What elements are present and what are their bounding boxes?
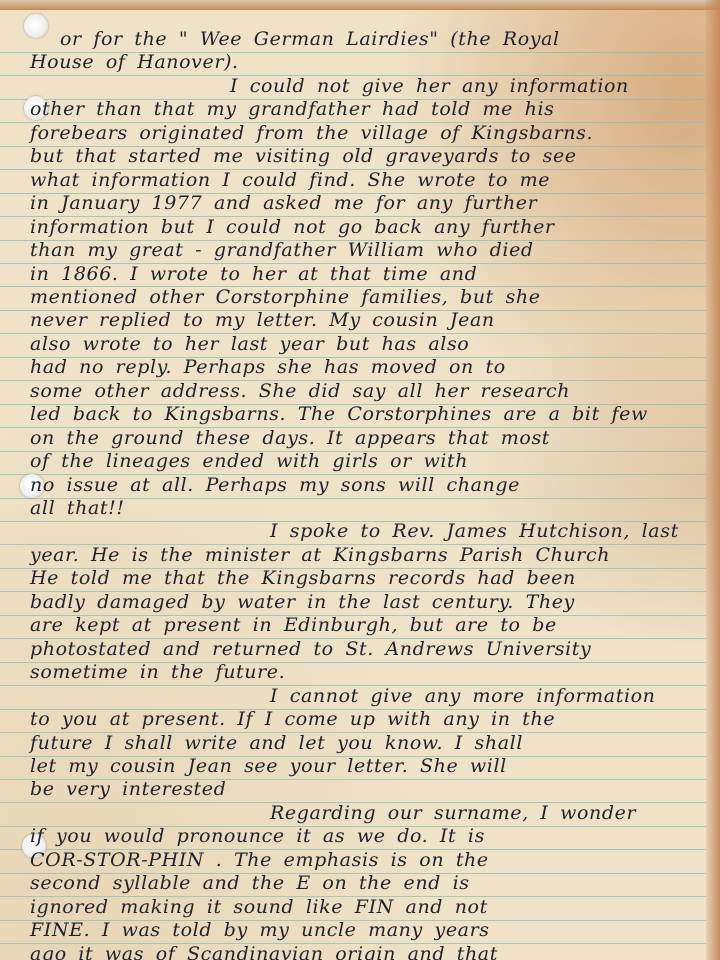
- text-line: second syllable and the E on the end is: [30, 872, 690, 894]
- text-line: let my cousin Jean see your letter. She …: [30, 755, 690, 777]
- text-line: information but I could not go back any …: [30, 216, 690, 238]
- text-line: if you would pronounce it as we do. It i…: [30, 825, 690, 847]
- text-line: He told me that the Kingsbarns records h…: [30, 567, 690, 589]
- text-line: than my great - grandfather William who …: [30, 239, 690, 261]
- text-line: all that!!: [30, 497, 690, 519]
- text-line: led back to Kingsbarns. The Corstorphine…: [30, 403, 690, 425]
- text-line: sometime in the future.: [30, 661, 690, 683]
- text-line: but that started me visiting old graveya…: [30, 145, 690, 167]
- text-line: on the ground these days. It appears tha…: [30, 427, 690, 449]
- text-line: ago it was of Scandinavian origin and th…: [30, 943, 690, 960]
- text-line: some other address. She did say all her …: [30, 380, 690, 402]
- text-line: I spoke to Rev. James Hutchison, last: [30, 520, 720, 542]
- punch-hole-top: [24, 14, 48, 38]
- text-line: also wrote to her last year but has also: [30, 333, 690, 355]
- text-line: photostated and returned to St. Andrews …: [30, 638, 690, 660]
- text-line: future I shall write and let you know. I…: [30, 732, 690, 754]
- text-line: other than that my grandfather had told …: [30, 98, 690, 120]
- text-line: COR-STOR-PHIN . The emphasis is on the: [30, 849, 690, 871]
- text-line: be very interested: [30, 778, 690, 800]
- text-line: House of Hanover).: [30, 51, 690, 73]
- text-line: what information I could find. She wrote…: [30, 169, 690, 191]
- text-line: had no reply. Perhaps she has moved on t…: [30, 356, 690, 378]
- letter-page: or for the " Wee German Lairdies" (the R…: [0, 0, 720, 960]
- text-line: to you at present. If I come up with any…: [30, 708, 690, 730]
- text-line: no issue at all. Perhaps my sons will ch…: [30, 474, 690, 496]
- text-line: badly damaged by water in the last centu…: [30, 591, 690, 613]
- text-line: I could not give her any information: [30, 75, 720, 97]
- text-line: I cannot give any more information: [30, 685, 720, 707]
- text-line: ignored making it sound like FIN and not: [30, 896, 690, 918]
- text-line: FINE. I was told by my uncle many years: [30, 919, 690, 941]
- paper-top-edge: [0, 0, 720, 10]
- text-line: or for the " Wee German Lairdies" (the R…: [60, 28, 720, 50]
- text-line: in 1866. I wrote to her at that time and: [30, 263, 690, 285]
- text-line: are kept at present in Edinburgh, but ar…: [30, 614, 690, 636]
- text-line: forebears originated from the village of…: [30, 122, 690, 144]
- text-line: Regarding our surname, I wonder: [30, 802, 720, 824]
- text-line: never replied to my letter. My cousin Je…: [30, 309, 690, 331]
- text-line: mentioned other Corstorphine families, b…: [30, 286, 690, 308]
- text-line: in January 1977 and asked me for any fur…: [30, 192, 690, 214]
- text-line: of the lineages ended with girls or with: [30, 450, 690, 472]
- text-line: year. He is the minister at Kingsbarns P…: [30, 544, 690, 566]
